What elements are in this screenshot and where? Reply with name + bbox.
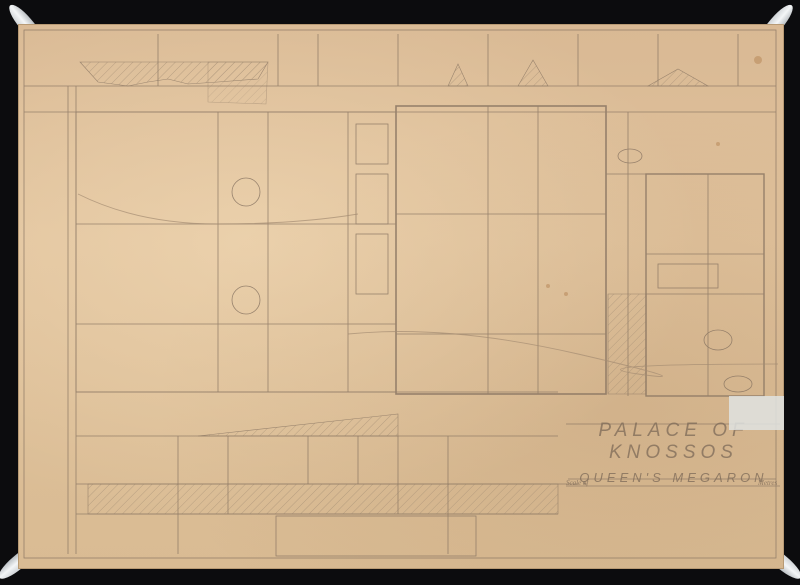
drawing-sheet: PALACE OF KNOSSOS QUEEN'S MEGARON Scale … [18, 24, 784, 569]
paper-repair-patch [729, 396, 784, 430]
drawing-subtitle: QUEEN'S MEGARON [566, 470, 781, 485]
floor-plan-drawing [18, 24, 784, 569]
scale-unit-label: Metres [758, 479, 777, 487]
scale-label: Scale of [566, 479, 588, 487]
